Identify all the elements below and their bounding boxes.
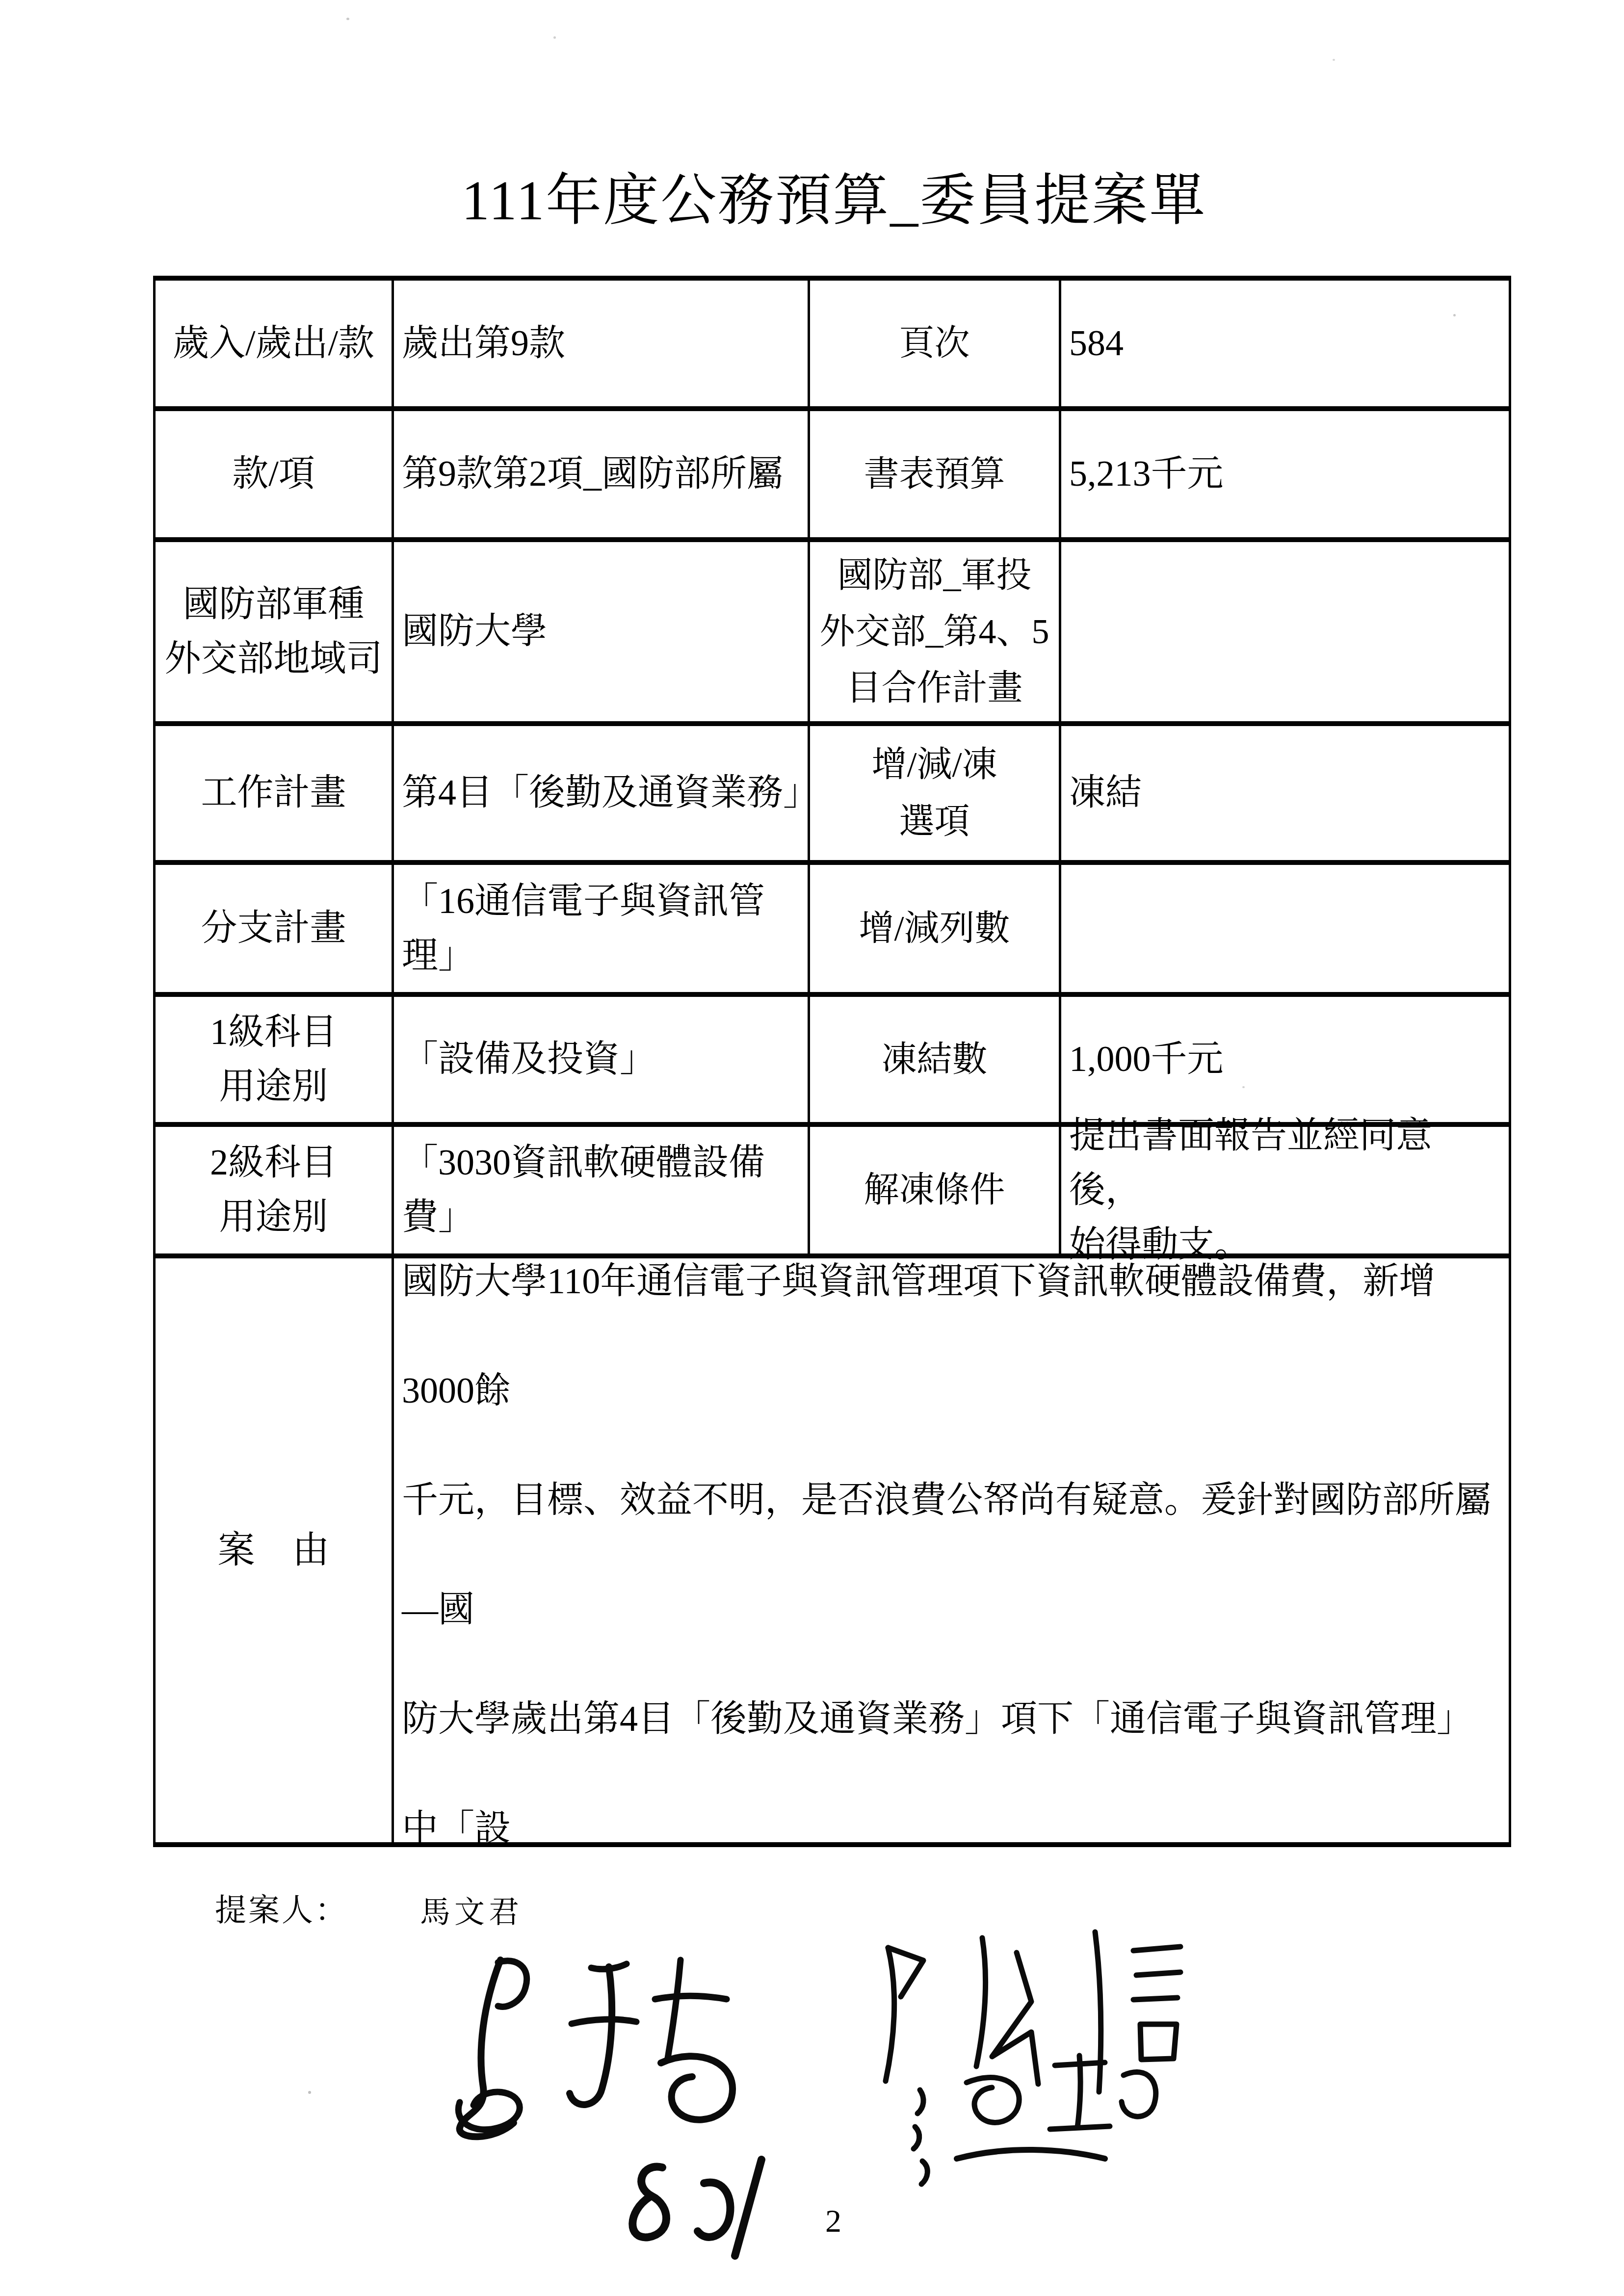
row-value: 「16通信電子與資訊管理」 xyxy=(394,865,810,992)
row-label: 國防部軍種 外交部地域司 xyxy=(156,542,394,721)
row-value2: 1,000千元 xyxy=(1061,997,1501,1122)
table-row: 款/項 第9款第2項_國防部所屬 書表預算 5,213千元 xyxy=(156,411,1509,542)
row-label2: 增/減/凍 選項 xyxy=(810,726,1061,860)
proposer-label: 提案人： xyxy=(215,1885,348,1930)
scan-speck xyxy=(346,18,349,20)
scanned-budget-proposal-form: 111年度公務預算_委員提案單 歲入/歲出/款 歲出第9款 頁次 584 款/項… xyxy=(0,0,1624,2296)
signature-wen-yu-hsia xyxy=(893,2036,1168,2213)
scan-speck xyxy=(1333,59,1335,61)
row-value: 第9款第2項_國防部所屬 xyxy=(394,411,810,537)
row-label2: 書表預算 xyxy=(810,411,1061,537)
scan-speck xyxy=(308,2091,311,2094)
scan-speck xyxy=(1453,314,1456,316)
row-value2: 5,213千元 xyxy=(1061,411,1501,537)
row-label2: 增/減列數 xyxy=(810,865,1061,992)
table-row: 1級科目 用途別 「設備及投資」 凍結數 1,000千元 xyxy=(156,997,1509,1127)
row-value2: 凍結 xyxy=(1061,726,1501,860)
row-value2 xyxy=(1061,865,1501,992)
page-title: 111年度公務預算_委員提案單 xyxy=(98,155,1570,235)
row-label: 分支計畫 xyxy=(156,865,394,992)
row-label2: 頁次 xyxy=(810,281,1061,406)
scan-speck xyxy=(1242,1086,1245,1088)
table-row: 國防部軍種 外交部地域司 國防大學 國防部_軍投 外交部_第4、5 目合作計畫 xyxy=(156,542,1509,726)
row-value: 「設備及投資」 xyxy=(394,997,810,1122)
row-label: 工作計畫 xyxy=(156,726,394,860)
proposal-table: 歲入/歲出/款 歲出第9款 頁次 584 款/項 第9款第2項_國防部所屬 書表… xyxy=(153,276,1511,1847)
signature-ma-wen-chun xyxy=(424,1940,758,2146)
case-label: 案 由 xyxy=(156,1258,394,1842)
table-row: 分支計畫 「16通信電子與資訊管理」 增/減列數 xyxy=(156,865,1509,997)
table-row-case: 案 由 國防大學110年通信電子與資訊管理項下資訊軟硬體設備費，新增3000餘 … xyxy=(156,1258,1509,1842)
row-value: 國防大學 xyxy=(394,542,810,721)
table-row: 工作計畫 第4目「後勤及通資業務」 增/減/凍 選項 凍結 xyxy=(156,726,1509,865)
row-label: 1級科目 用途別 xyxy=(156,997,394,1122)
row-label: 歲入/歲出/款 xyxy=(156,281,394,406)
row-value: 歲出第9款 xyxy=(394,281,810,406)
row-value: 第4目「後勤及通資業務」 xyxy=(394,726,810,860)
page-number: 2 xyxy=(825,2203,841,2240)
row-label: 款/項 xyxy=(156,411,394,537)
handwritten-number xyxy=(613,2149,775,2271)
row-label2: 凍結數 xyxy=(810,997,1061,1122)
case-text: 國防大學110年通信電子與資訊管理項下資訊軟硬體設備費，新增3000餘 千元，目… xyxy=(394,1227,1506,1842)
row-label2: 國防部_軍投 外交部_第4、5 目合作計畫 xyxy=(810,542,1061,721)
row-label: 2級科目 用途別 xyxy=(156,1127,394,1253)
proposer-name: 馬文君 xyxy=(420,1888,523,1931)
table-row: 歲入/歲出/款 歲出第9款 頁次 584 xyxy=(156,281,1509,411)
row-value2: 584 xyxy=(1061,281,1501,406)
row-value2 xyxy=(1061,542,1501,721)
scan-speck xyxy=(553,36,556,39)
